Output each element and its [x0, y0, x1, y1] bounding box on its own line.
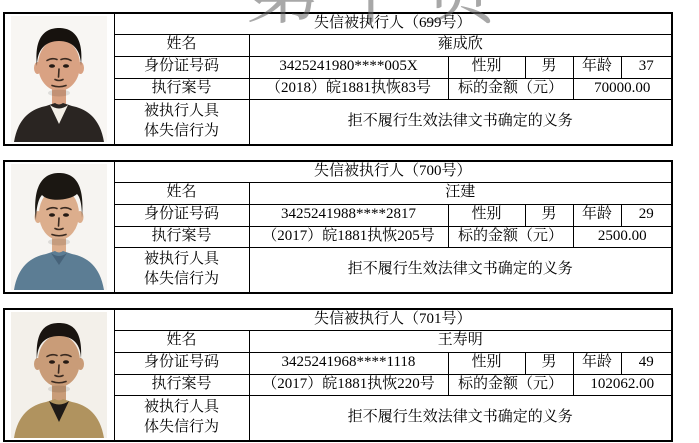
behavior-label: 被执行人具 体失信行为 — [114, 395, 249, 441]
age-value: 49 — [621, 352, 672, 374]
id-number-value: 3425241980****005X — [249, 56, 448, 78]
name-label: 姓名 — [114, 34, 249, 56]
portrait-photo-image — [11, 16, 107, 142]
case-number-value: （2017）皖1881执恢220号 — [249, 374, 448, 395]
amount-label: 标的金额（元） — [448, 78, 573, 99]
amount-value: 70000.00 — [573, 78, 672, 99]
id-number-label: 身份证号码 — [114, 204, 249, 226]
gender-value: 男 — [525, 204, 573, 226]
amount-label: 标的金额（元） — [448, 226, 573, 247]
amount-value: 2500.00 — [573, 226, 672, 247]
id-number-value: 3425241968****1118 — [249, 352, 448, 374]
gender-label: 性别 — [448, 56, 525, 78]
portrait-photo — [4, 161, 114, 293]
gender-label: 性别 — [448, 204, 525, 226]
gender-value: 男 — [525, 56, 573, 78]
portrait-photo — [4, 13, 114, 145]
name-value: 雍成欣 — [249, 34, 672, 56]
amount-label: 标的金额（元） — [448, 374, 573, 395]
name-label: 姓名 — [114, 182, 249, 204]
age-label: 年龄 — [573, 56, 621, 78]
portrait-photo-image — [11, 164, 107, 290]
behavior-value: 拒不履行生效法律文书确定的义务 — [249, 99, 672, 145]
portrait-photo — [4, 309, 114, 441]
debtor-record-700: 失信被执行人（700号） 姓名 汪建 身份证号码 3425241988****2… — [3, 160, 673, 294]
record-title: 失信被执行人（701号） — [114, 309, 672, 330]
gender-label: 性别 — [448, 352, 525, 374]
behavior-value: 拒不履行生效法律文书确定的义务 — [249, 395, 672, 441]
portrait-photo-image — [11, 312, 107, 438]
age-label: 年龄 — [573, 352, 621, 374]
record-title: 失信被执行人（700号） — [114, 161, 672, 182]
case-number-value: （2018）皖1881执恢83号 — [249, 78, 448, 99]
case-number-label: 执行案号 — [114, 374, 249, 395]
age-value: 37 — [621, 56, 672, 78]
id-number-value: 3425241988****2817 — [249, 204, 448, 226]
case-number-label: 执行案号 — [114, 78, 249, 99]
record-title: 失信被执行人（699号） — [114, 13, 672, 34]
age-value: 29 — [621, 204, 672, 226]
debtor-record-699: 失信被执行人（699号） 姓名 雍成欣 身份证号码 3425241980****… — [3, 12, 673, 146]
case-number-value: （2017）皖1881执恢205号 — [249, 226, 448, 247]
debtor-record-701: 失信被执行人（701号） 姓名 王寿明 身份证号码 3425241968****… — [3, 308, 673, 442]
behavior-label: 被执行人具 体失信行为 — [114, 99, 249, 145]
name-label: 姓名 — [114, 330, 249, 352]
behavior-value: 拒不履行生效法律文书确定的义务 — [249, 247, 672, 293]
amount-value: 102062.00 — [573, 374, 672, 395]
name-value: 王寿明 — [249, 330, 672, 352]
id-number-label: 身份证号码 — [114, 352, 249, 374]
gender-value: 男 — [525, 352, 573, 374]
case-number-label: 执行案号 — [114, 226, 249, 247]
id-number-label: 身份证号码 — [114, 56, 249, 78]
behavior-label: 被执行人具 体失信行为 — [114, 247, 249, 293]
name-value: 汪建 — [249, 182, 672, 204]
age-label: 年龄 — [573, 204, 621, 226]
